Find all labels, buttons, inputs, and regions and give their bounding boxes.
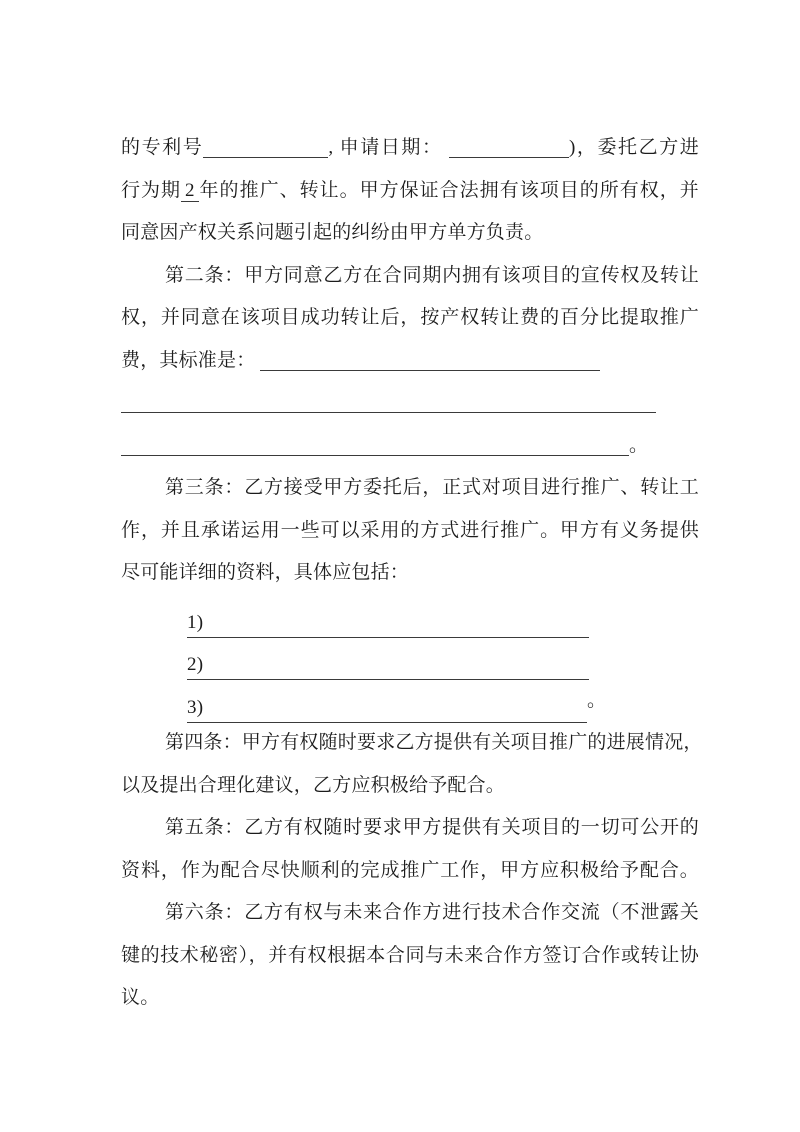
document-line: 同意因产权关系问题引起的纠纷由甲方单方负责。: [121, 212, 699, 255]
blank-underline: [203, 133, 328, 158]
text-run: 第二条：甲方同意乙方在合同期内拥有该项目的宣传权及转让: [165, 265, 699, 286]
document-line: 第六条：乙方有权与未来合作方进行技术合作交流（不泄露关: [121, 892, 699, 935]
contract-body: 的专利号, 申请日期： )，委托乙方进行为期2年的推广、转让。甲方保证合法拥有该…: [121, 127, 699, 1020]
numbered-blank-underline: 3): [187, 694, 587, 723]
blank-underline: [121, 431, 629, 456]
document-line: 议。: [121, 977, 699, 1020]
text-run: 键的技术秘密），并有权根据本合同与未来合作方签订合作或转让协: [121, 945, 699, 966]
document-line: 第二条：甲方同意乙方在合同期内拥有该项目的宣传权及转让: [121, 255, 699, 298]
document-line: 3)。: [121, 680, 699, 723]
text-run: 行为期: [121, 180, 181, 201]
text-run: 。: [587, 690, 606, 711]
document-line: 键的技术秘密），并有权根据本合同与未来合作方签订合作或转让协: [121, 935, 699, 978]
text-run: 。: [629, 435, 648, 456]
document-line: 的专利号, 申请日期： )，委托乙方进: [121, 127, 699, 170]
text-run: 同意因产权关系问题引起的纠纷由甲方单方负责。: [121, 222, 543, 243]
document-line: 第五条：乙方有权随时要求甲方提供有关项目的一切可公开的: [121, 807, 699, 850]
text-run: 议。: [121, 987, 159, 1008]
blank-underline: [121, 388, 656, 413]
text-run: 第六条：乙方有权与未来合作方进行技术合作交流（不泄露关: [165, 902, 699, 923]
text-run: 费，其标准是：: [121, 350, 260, 371]
document-line: 以及提出合理化建议，乙方应积极给予配合。: [121, 765, 699, 808]
text-run: 第四条：甲方有权随时要求乙方提供有关项目推广的进展情况，: [165, 732, 703, 753]
text-run: 年的推广、转让。甲方保证合法拥有该项目的所有权，并: [199, 180, 699, 201]
text-run: 以及提出合理化建议，乙方应积极给予配合。: [121, 775, 505, 796]
document-line: 1): [121, 595, 699, 638]
text-run: )，委托乙方进: [569, 137, 699, 158]
numbered-blank-underline: 1): [187, 609, 589, 638]
text-run: 资料，作为配合尽快顺利的完成推广工作，甲方应积极给予配合。: [121, 860, 699, 881]
document-line: 2): [121, 637, 699, 680]
document-line: 尽可能详细的资料，具体应包括：: [121, 552, 699, 595]
text-run: 的专利号: [121, 137, 203, 158]
document-line: 行为期2年的推广、转让。甲方保证合法拥有该项目的所有权，并: [121, 170, 699, 213]
text-run: , 申请日期：: [328, 137, 449, 158]
document-line: 作，并且承诺运用一些可以采用的方式进行推广。甲方有义务提供: [121, 510, 699, 553]
text-run: 第五条：乙方有权随时要求甲方提供有关项目的一切可公开的: [165, 817, 699, 838]
blank-underline: [449, 133, 569, 158]
document-line: [121, 382, 699, 425]
text-run: 作，并且承诺运用一些可以采用的方式进行推广。甲方有义务提供: [121, 520, 699, 541]
document-line: 。: [121, 425, 699, 468]
text-run: 尽可能详细的资料，具体应包括：: [121, 562, 409, 583]
underlined-value: 2: [181, 180, 199, 202]
document-line: 第四条：甲方有权随时要求乙方提供有关项目推广的进展情况，: [121, 722, 699, 765]
contract-page: 的专利号, 申请日期： )，委托乙方进行为期2年的推广、转让。甲方保证合法拥有该…: [0, 0, 800, 1132]
document-line: 权，并同意在该项目成功转让后，按产权转让费的百分比提取推广: [121, 297, 699, 340]
text-run: 第三条：乙方接受甲方委托后，正式对项目进行推广、转让工: [165, 477, 699, 498]
numbered-blank-underline: 2): [187, 651, 589, 680]
document-line: 资料，作为配合尽快顺利的完成推广工作，甲方应积极给予配合。: [121, 850, 699, 893]
text-run: 权，并同意在该项目成功转让后，按产权转让费的百分比提取推广: [121, 307, 699, 328]
blank-underline: [260, 346, 600, 371]
document-line: 第三条：乙方接受甲方委托后，正式对项目进行推广、转让工: [121, 467, 699, 510]
document-line: 费，其标准是：: [121, 340, 699, 383]
